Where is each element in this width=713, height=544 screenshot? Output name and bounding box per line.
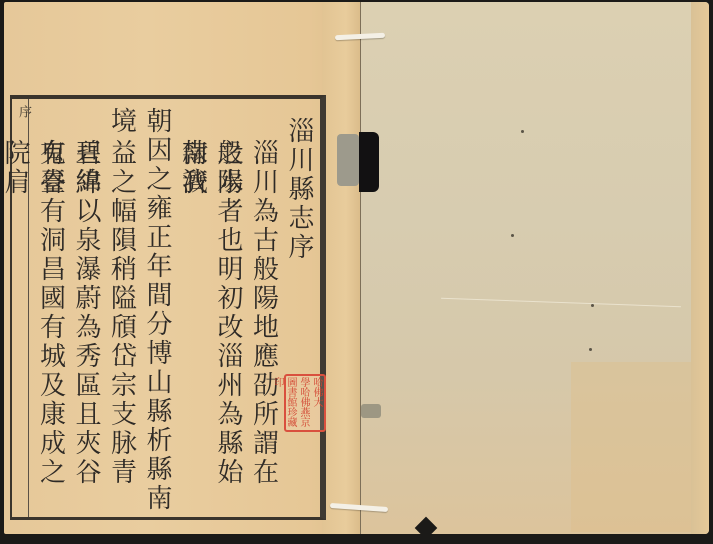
- seal-column-3: 圖書館珍藏印: [271, 377, 297, 429]
- spine-line: [360, 2, 361, 534]
- hole-dark: [359, 132, 379, 192]
- left-page: 序 淄川縣志序 淄川為古般陽地應劭所謂在般水 之陽者也明初改淄州為縣始隸濟 南我…: [4, 2, 362, 534]
- page-edge: [691, 2, 709, 534]
- book-spread: 序 淄川縣志序 淄川為古般陽地應劭所謂在般水 之陽者也明初改淄州為縣始隸濟 南我…: [0, 0, 713, 544]
- text-column-5: 益之幅隕稍隘頎岱宗支脉青碧綿: [103, 139, 139, 513]
- seal-column-1: 哈佛大: [310, 377, 323, 429]
- print-frame: 序 淄川縣志序 淄川為古般陽地應劭所謂在般水 之陽者也明初改淄州為縣始隸濟 南我…: [10, 95, 326, 520]
- binding-hole: [337, 132, 381, 192]
- margin-mark: 序: [14, 105, 33, 118]
- library-seal: 哈佛大 學哈佛燕京 圖書館珍藏印: [284, 374, 326, 432]
- paper-stain: [571, 362, 691, 532]
- binding-patch: [361, 404, 381, 418]
- preface-title: 淄川縣志序: [281, 117, 317, 513]
- text-columns: 淄川縣志序 淄川為古般陽地應劭所謂在般水 之陽者也明初改淄州為縣始隸濟 南我 朝…: [34, 107, 316, 513]
- page-fold-strip: [322, 2, 362, 534]
- seal-column-2: 學哈佛燕京: [297, 377, 310, 429]
- paper-crease: [441, 298, 681, 307]
- hole-shadow: [337, 134, 359, 186]
- paper-speck: [589, 348, 592, 351]
- paper-speck: [591, 304, 594, 307]
- right-page-blank: [361, 2, 709, 534]
- text-column-4: 朝因之雍正年間分博山縣析縣南境: [139, 107, 175, 513]
- text-column-1: 淄川為古般陽地應劭所謂在般水: [245, 139, 281, 513]
- paper-speck: [511, 234, 514, 237]
- paper-speck: [521, 130, 524, 133]
